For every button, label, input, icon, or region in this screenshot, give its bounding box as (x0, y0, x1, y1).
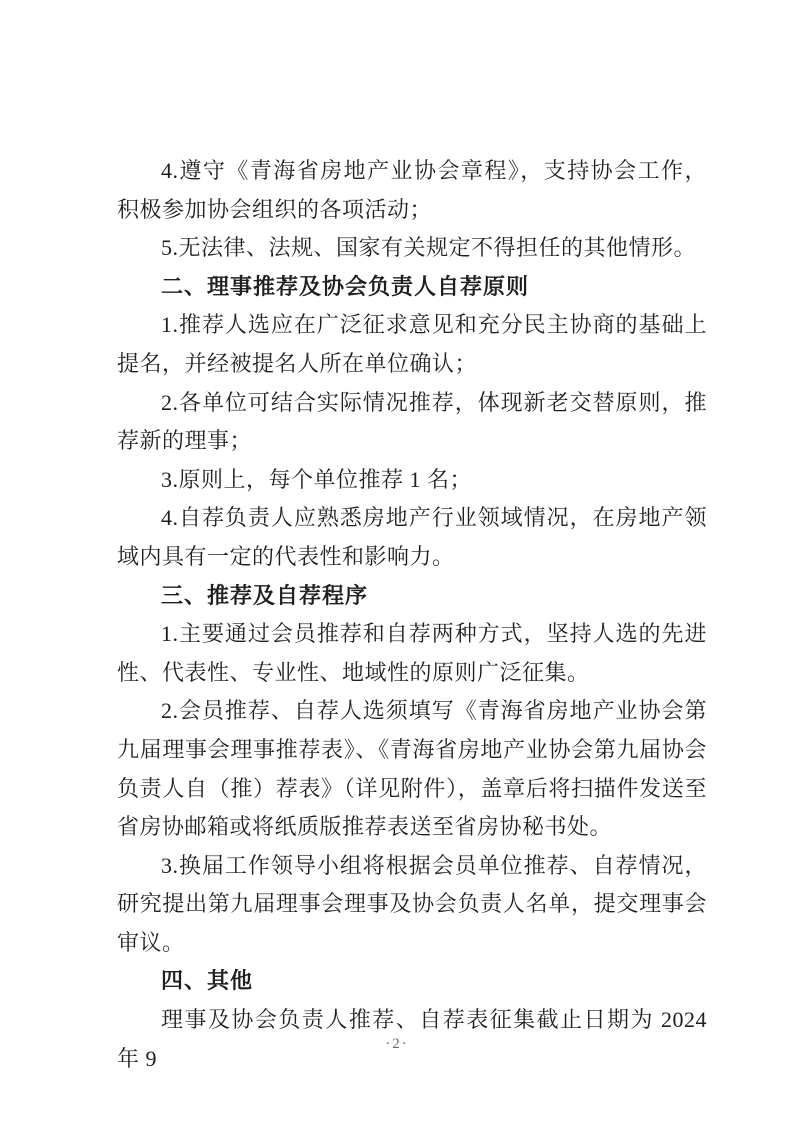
doc-paragraph: 3.原则上，每个单位推荐 1 名； (117, 461, 707, 500)
doc-paragraph: 3.换届工作领导小组将根据会员单位推荐、自荐情况，研究提出第九届理事会理事及协会… (117, 847, 707, 963)
doc-paragraph: 2.会员推荐、自荐人选须填写《青海省房地产业协会第九届理事会理事推荐表》、《青海… (117, 692, 707, 846)
document-page: 4.遵守《青海省房地产业协会章程》，支持协会工作，积极参加协会组织的各项活动； … (0, 0, 794, 1122)
doc-paragraph: 5.无法律、法规、国家有关规定不得担任的其他情形。 (117, 229, 707, 268)
section-heading-2: 二、理事推荐及协会负责人自荐原则 (117, 268, 707, 307)
section-heading-3: 三、推荐及自荐程序 (117, 577, 707, 616)
doc-paragraph: 2.各单位可结合实际情况推荐，体现新老交替原则，推荐新的理事； (117, 384, 707, 461)
page-number: ·2· (0, 1036, 794, 1053)
section-heading-4: 四、其他 (117, 962, 707, 1001)
doc-paragraph: 1.主要通过会员推荐和自荐两种方式，坚持人选的先进性、代表性、专业性、地域性的原… (117, 615, 707, 692)
doc-paragraph: 4.遵守《青海省房地产业协会章程》，支持协会工作，积极参加协会组织的各项活动； (117, 152, 707, 229)
doc-paragraph: 4.自荐负责人应熟悉房地产行业领域情况，在房地产领域内具有一定的代表性和影响力。 (117, 499, 707, 576)
document-body: 4.遵守《青海省房地产业协会章程》，支持协会工作，积极参加协会组织的各项活动； … (117, 152, 707, 1078)
doc-paragraph: 1.推荐人选应在广泛征求意见和充分民主协商的基础上提名，并经被提名人所在单位确认… (117, 306, 707, 383)
